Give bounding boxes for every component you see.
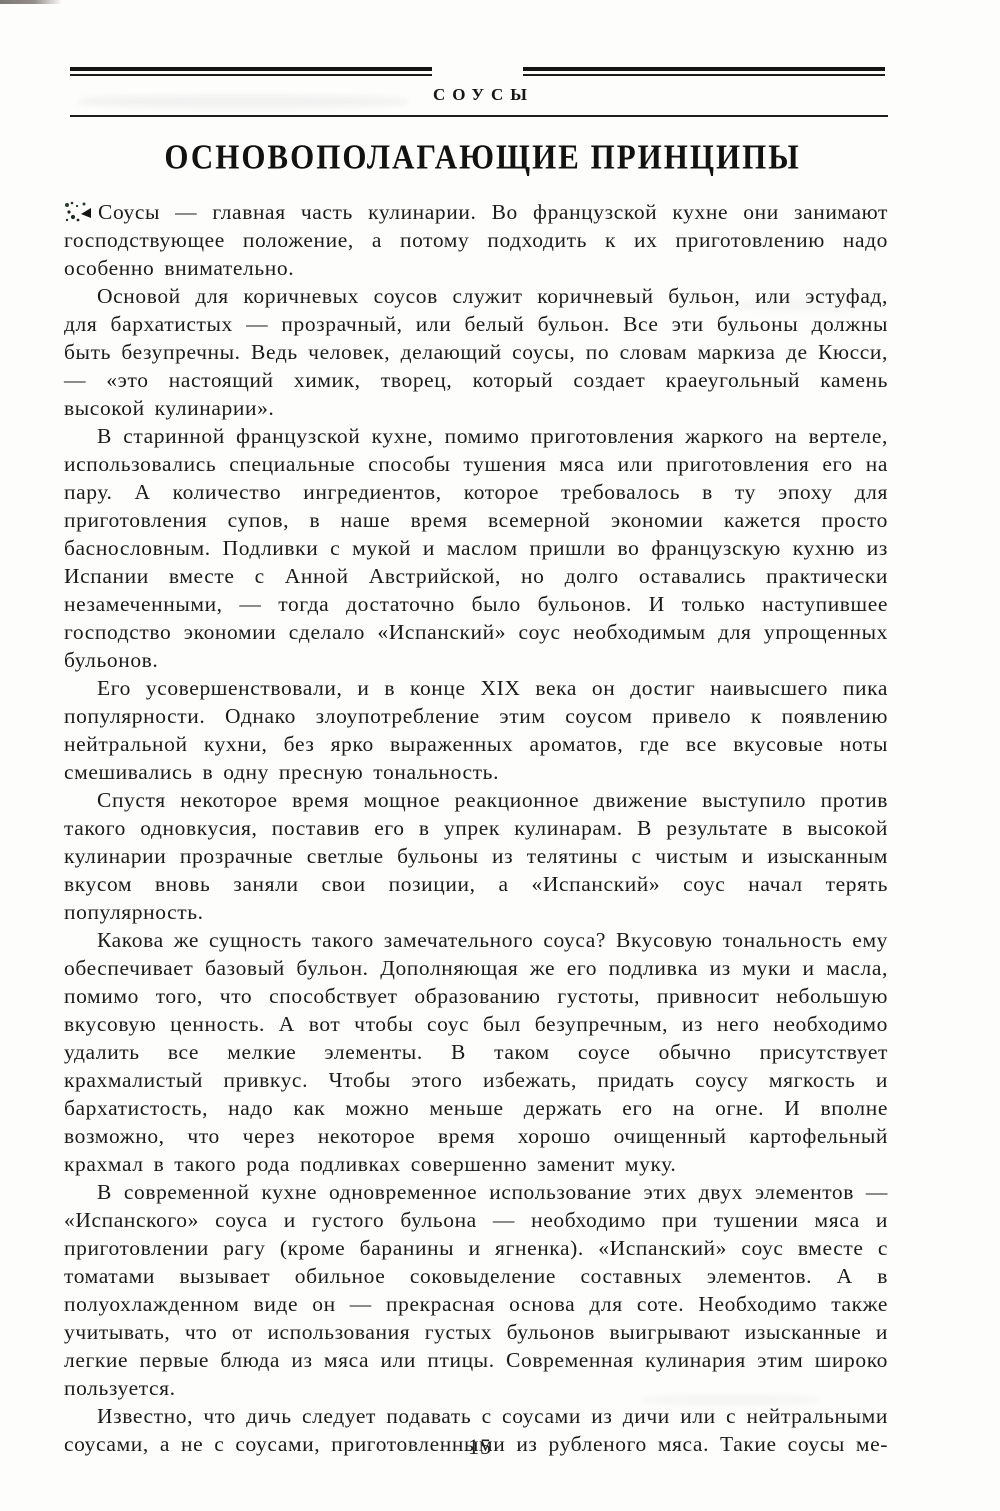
page-title: ОСНОВОПОЛАГАЮЩИЕ ПРИНЦИПЫ [0,137,965,177]
header-double-rule-right [523,67,885,76]
paragraph: Спустя некоторое время мощное реакционно… [64,786,888,926]
page-number: 15 [0,1434,960,1460]
ink-speckles-icon [64,200,94,222]
text-block: Соусы — главная часть кулинарии. Во фран… [64,198,888,1458]
running-head: СОУСЫ [20,85,940,105]
paragraph: Соусы — главная часть кулинарии. Во фран… [64,198,888,282]
scan-artifact-corner [0,0,62,4]
paragraph: Основой для коричневых соусов служит кор… [64,282,888,422]
paragraph: В современной кухне одновременное исполь… [64,1178,888,1402]
header-double-rule-left [70,67,432,76]
ink-blot-artifact [64,200,94,222]
paragraph: В старинной французской кухне, помимо пр… [64,422,888,674]
paragraph-text: Соусы — главная часть кулинарии. Во фран… [64,200,888,280]
book-page: СОУСЫ ОСНОВОПОЛАГАЮЩИЕ ПРИНЦИПЫ Соусы — … [0,0,1000,1511]
header-single-rule [70,115,888,117]
paragraph: Его усовершенствовали, и в конце XIX век… [64,674,888,786]
paragraph: Какова же сущность такого замечательного… [64,926,888,1178]
